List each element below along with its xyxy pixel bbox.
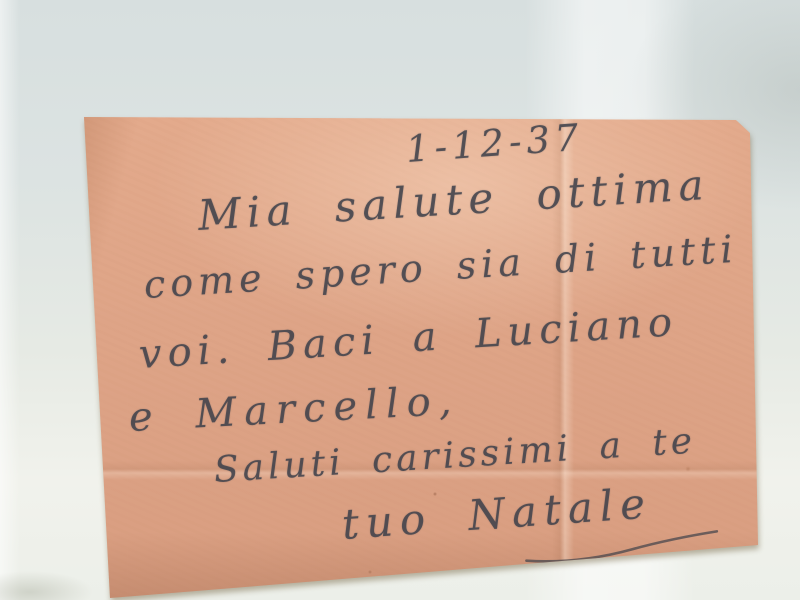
handwritten-date: 1-12-37 [405, 116, 585, 171]
handwritten-line: come spero sia di tutti [143, 227, 739, 307]
handwritten-line: e Marcello, [128, 378, 461, 441]
handwritten-line: Mia salute ottima [197, 160, 711, 240]
postcard-paper: 1-12-37 Mia salute ottima come spero sia… [84, 117, 760, 600]
photo-of-handwritten-note: 1-12-37 Mia salute ottima come spero sia… [0, 0, 800, 600]
postcard: 1-12-37 Mia salute ottima come spero sia… [84, 117, 760, 600]
handwritten-line: voi. Baci a Luciano [138, 299, 680, 378]
